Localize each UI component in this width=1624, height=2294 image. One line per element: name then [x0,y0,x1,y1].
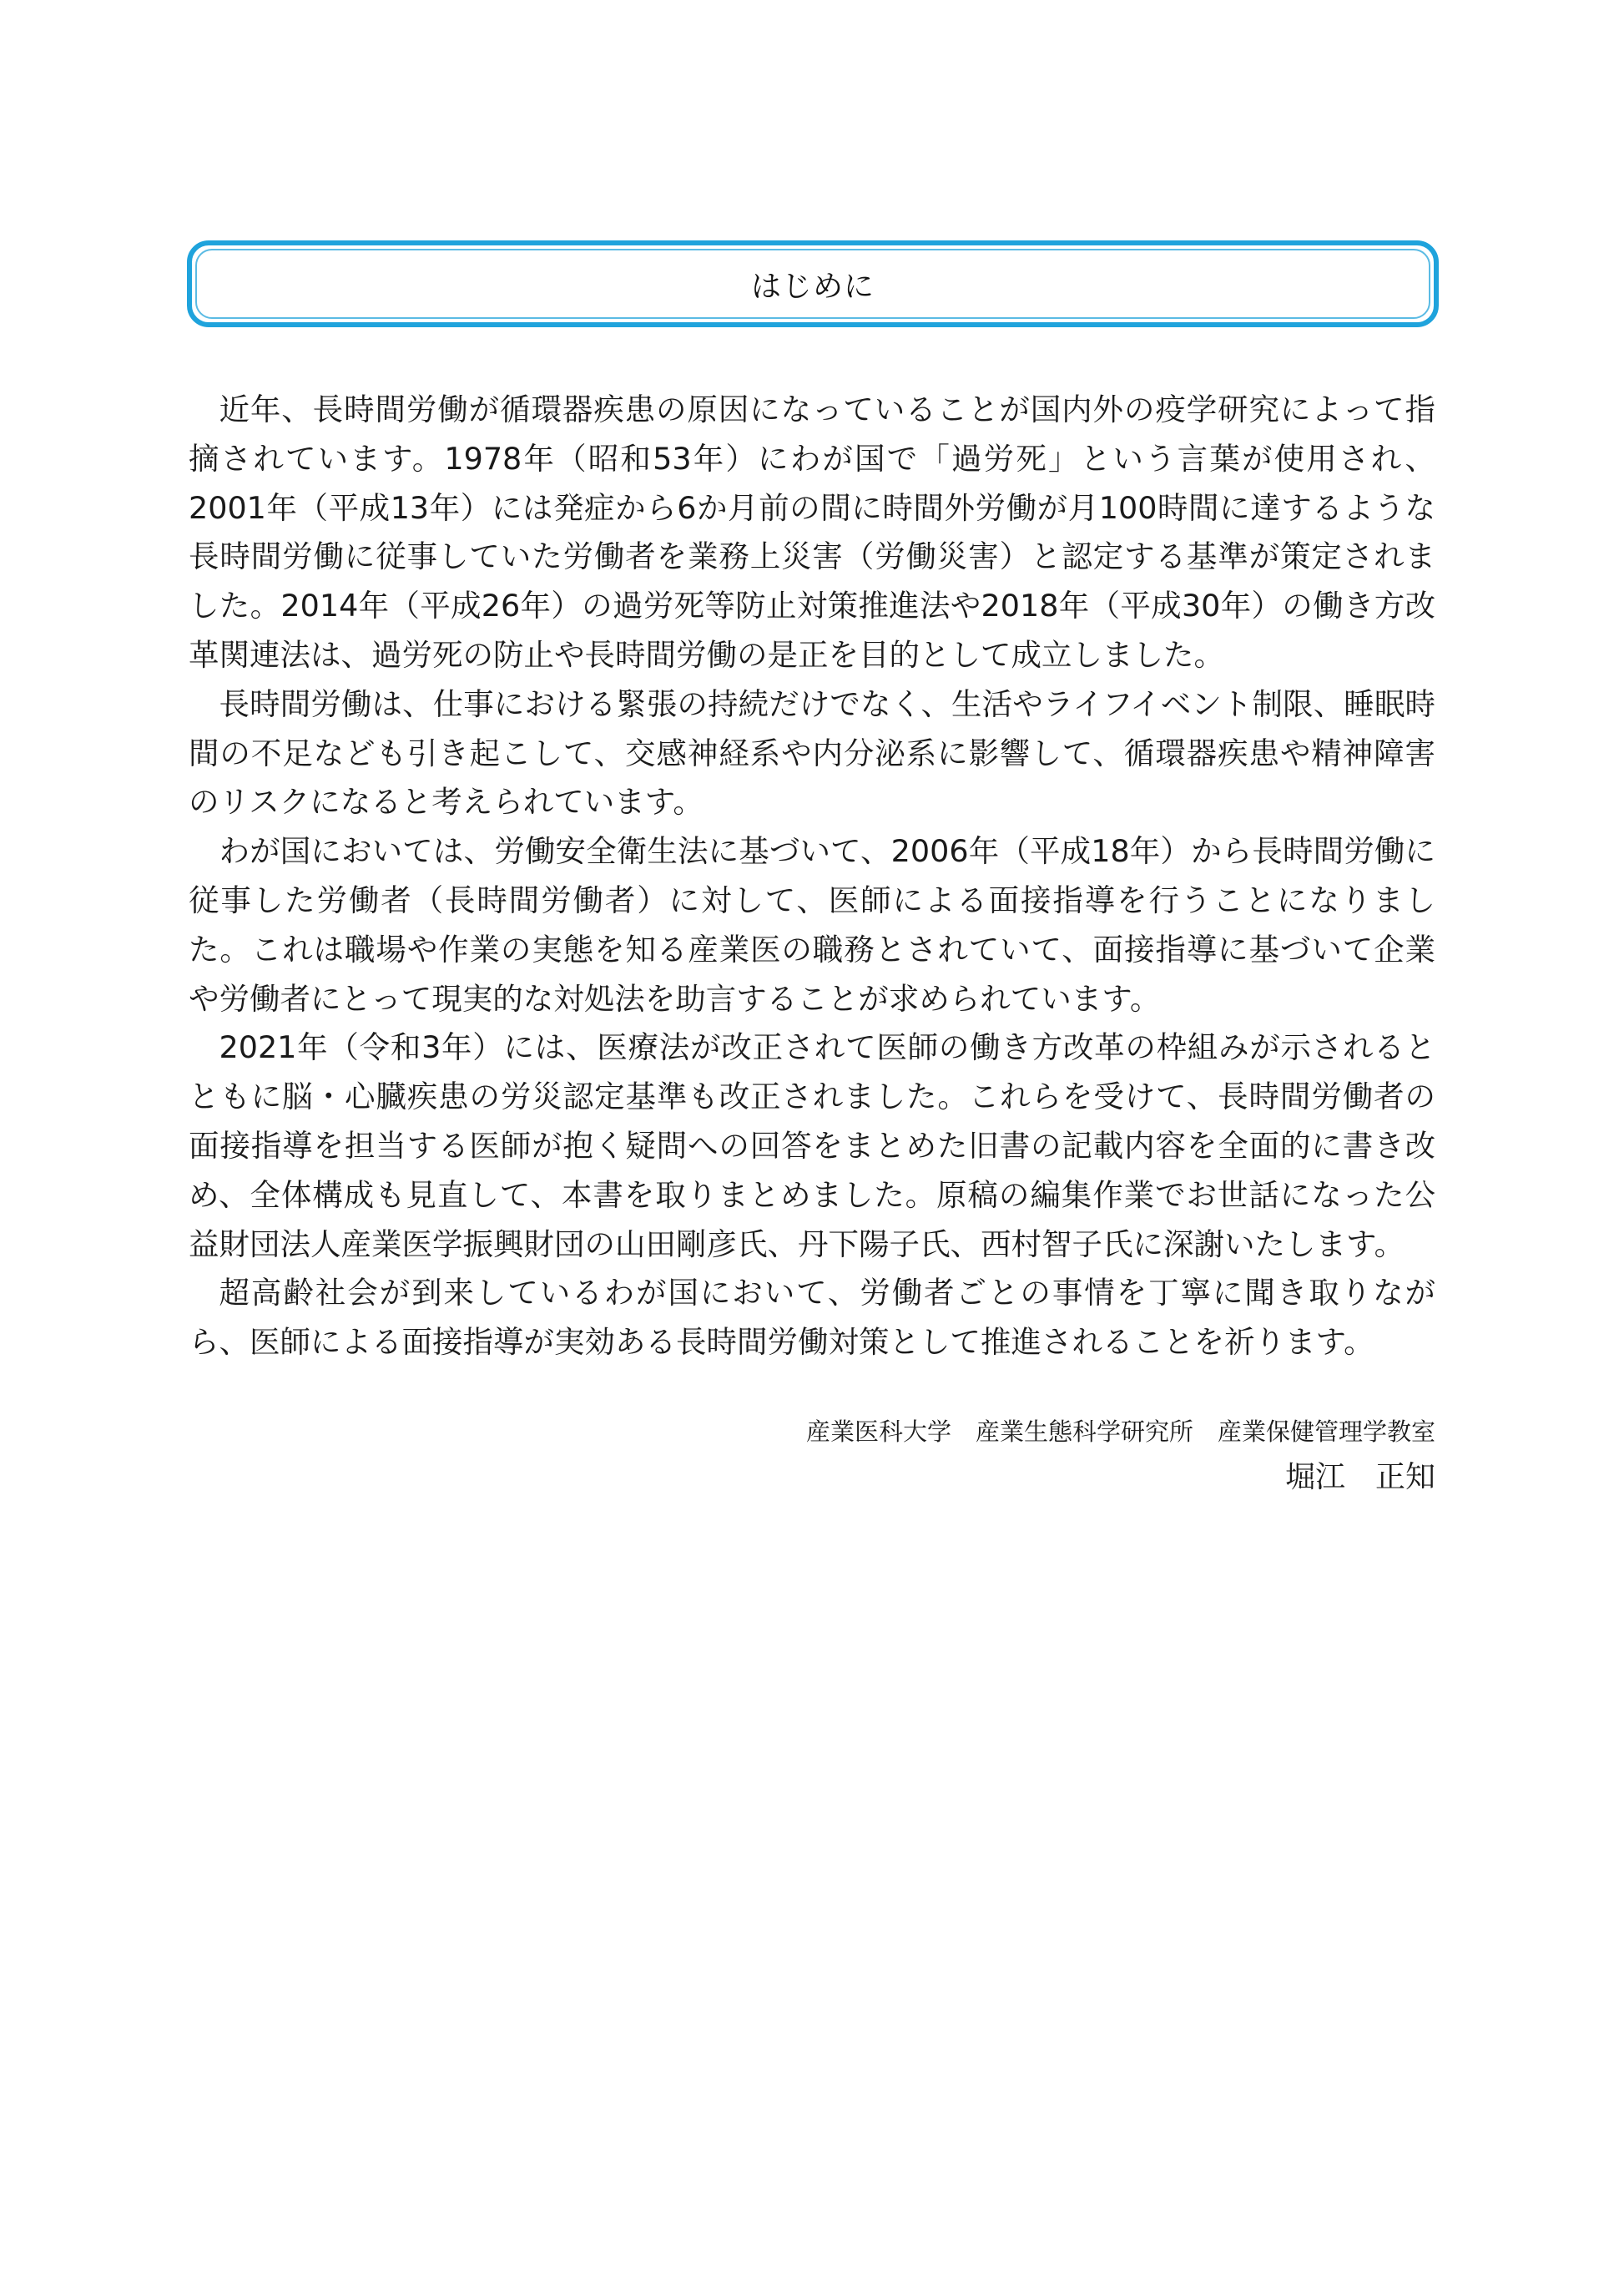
author-affiliation: 産業医科大学 産業生態科学研究所 産業保健管理学教室 [806,1411,1435,1453]
heading-box: はじめに [187,240,1439,327]
paragraph-2: 長時間労働は、仕事における緊張の持続だけでなく、生活やライフイベント制限、睡眠時… [189,680,1435,827]
author-name: 堀江 正知 [806,1453,1435,1503]
heading-box-inner: はじめに [195,249,1430,319]
page-title: はじめに [751,263,875,306]
paragraph-3: わが国においては、労働安全衛生法に基づいて、2006年（平成18年）から長時間労… [189,827,1435,1023]
preface-body: 近年、長時間労働が循環器疾患の原因になっていることが国内外の疫学研究によって指摘… [189,386,1435,1367]
paragraph-1: 近年、長時間労働が循環器疾患の原因になっていることが国内外の疫学研究によって指摘… [189,386,1435,680]
paragraph-5: 超高齢社会が到来しているわが国において、労働者ごとの事情を丁寧に聞き取りながら、… [189,1269,1435,1367]
paragraph-4: 2021年（令和3年）には、医療法が改正されて医師の働き方改革の枠組みが示される… [189,1023,1435,1269]
signature-block: 産業医科大学 産業生態科学研究所 産業保健管理学教室 堀江 正知 [806,1411,1435,1503]
